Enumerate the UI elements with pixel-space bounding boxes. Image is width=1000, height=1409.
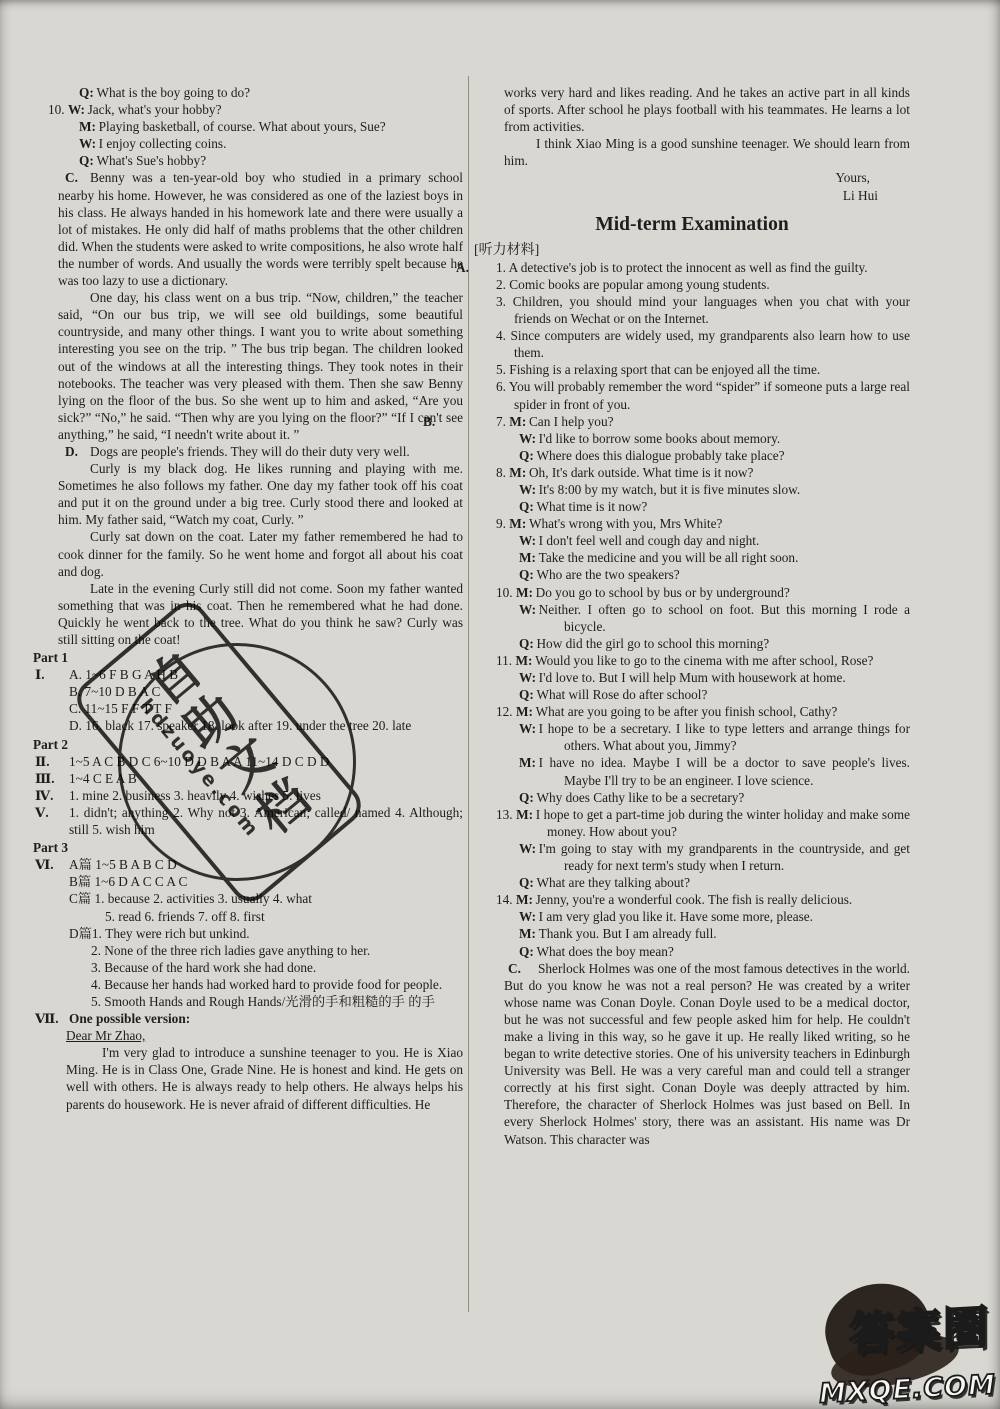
item-marker: Ⅱ.: [35, 753, 50, 770]
text-content: 2. None of the three rich ladies gave an…: [91, 943, 370, 958]
text-content: I'd like to borrow some books about memo…: [539, 431, 781, 446]
item-number: 1.: [496, 260, 509, 275]
listening-item: 6. You will probably remember the word “…: [474, 378, 910, 412]
text-content: I hope to be a secretary. I like to type…: [539, 721, 910, 753]
dialog-line: W: I'd like to borrow some books about m…: [474, 430, 910, 447]
text-content: Where does this dialogue probably take p…: [536, 448, 784, 463]
text-content: Who are the two speakers?: [536, 567, 679, 582]
passage-d-para: Late in the evening Curly still did not …: [33, 580, 463, 648]
text-content: How did the girl go to school this morni…: [536, 636, 769, 651]
listening-item: 3. Children, you should mind your langua…: [474, 293, 910, 327]
text-content: D. 16. black 17. speaker 18. look after …: [69, 718, 411, 733]
text-content: I hope to get a part-time job during the…: [536, 807, 910, 839]
dialog-line: Q: How did the girl go to school this mo…: [474, 635, 910, 652]
item-marker: Ⅰ.: [35, 666, 45, 683]
text-content: Oh, It's dark outside. What time is it n…: [529, 465, 753, 480]
text-content: Part 2: [33, 737, 68, 752]
speaker-label: M:: [516, 892, 536, 907]
text-content: I'm very glad to introduce a sunshine te…: [66, 1045, 463, 1111]
answer-line: B. 7~10 D B A C: [33, 683, 463, 700]
dialog-line: 9. M: What's wrong with you, Mrs White?: [474, 515, 910, 532]
item-number: 7.: [496, 414, 509, 429]
left-column: Q: What is the boy going to do?10. W: Ja…: [33, 84, 463, 1113]
text-content: It's 8:00 by my watch, but it is five mi…: [539, 482, 801, 497]
text-content: I don't feel well and cough day and nigh…: [539, 533, 760, 548]
dialog-line: 14. M: Jenny, you're a wonderful cook. T…: [474, 891, 910, 908]
logo-site-text: MXQE.COM: [818, 1371, 996, 1407]
text-content: C篇 1. because 2. activities 3. usually 4…: [69, 891, 312, 906]
text-content: Do you go to school by bus or by undergr…: [536, 585, 790, 600]
text-content: I'm going to stay with my grandparents i…: [539, 841, 910, 873]
speaker-label: M:: [519, 550, 539, 565]
text-content: [听力材料]: [474, 243, 539, 258]
speaker-label: W:: [79, 136, 99, 151]
answer-line: 5. read 6. friends 7. off 8. first: [33, 908, 463, 925]
text-content: Fishing is a relaxing sport that can be …: [509, 362, 820, 377]
item-marker: Ⅵ.: [35, 856, 54, 873]
text-content: What does the boy mean?: [536, 944, 673, 959]
dialog-line: 13. M: I hope to get a part-time job dur…: [474, 806, 910, 840]
text-content: What is the boy going to do?: [96, 85, 250, 100]
item-marker: D.: [33, 443, 78, 460]
text-content: 1~5 A C B D C 6~10 D D B A A 11~14 D C D…: [69, 754, 329, 769]
dialog-line: W: I hope to be a secretary. I like to t…: [474, 720, 910, 754]
listening-item: A.1. A detective's job is to protect the…: [474, 259, 910, 276]
speaker-label: W:: [519, 482, 539, 497]
text-content: Dogs are people's friends. They will do …: [90, 444, 410, 459]
speaker-label: M:: [509, 465, 529, 480]
dialog-line: 8. M: Oh, It's dark outside. What time i…: [474, 464, 910, 481]
text-content: Jenny, you're a wonderful cook. The fish…: [536, 892, 853, 907]
text-content: Benny was a ten-year-old boy who studied…: [58, 170, 463, 288]
item-number: 8.: [496, 465, 509, 480]
passage-c-listening: C.Sherlock Holmes was one of the most fa…: [474, 960, 910, 1148]
speaker-label: Q:: [519, 636, 536, 651]
text-content: 3. Because of the hard work she had done…: [91, 960, 316, 975]
listening-item: 2. Comic books are popular among young s…: [474, 276, 910, 293]
item-marker: Ⅶ.: [35, 1010, 59, 1027]
part-heading: Part 2: [33, 736, 463, 753]
item-number: 10.: [496, 585, 516, 600]
answer-line: C. 11~15 F F T T F: [33, 700, 463, 717]
dialog-line: Q: What's Sue's hobby?: [33, 152, 463, 169]
speaker-label: Q:: [519, 790, 536, 805]
speaker-label: M:: [516, 807, 536, 822]
dialog-line: B.7. M: Can I help you?: [474, 413, 910, 430]
text-content: B篇 1~6 D A C C A C: [69, 874, 187, 889]
dialog-line: Q: What is the boy going to do?: [33, 84, 463, 101]
letter-salutation: Dear Mr Zhao,: [33, 1027, 463, 1044]
answer-line: D. 16. black 17. speaker 18. look after …: [33, 717, 463, 734]
dialog-line: W: I am very glad you like it. Have some…: [474, 908, 910, 925]
answer-line: 3. Because of the hard work she had done…: [33, 959, 463, 976]
item-marker: Ⅳ.: [35, 787, 53, 804]
text-content: I think Xiao Ming is a good sunshine tee…: [504, 136, 910, 168]
speaker-label: W:: [519, 670, 539, 685]
answer-line: Ⅴ.1. didn't; anything 2. Why not 3. Amer…: [33, 804, 463, 838]
writing-answer-heading: Ⅶ.One possible version:: [33, 1010, 463, 1027]
text-content: Late in the evening Curly still did not …: [58, 581, 463, 647]
logo-brand-text: 答案圈: [849, 1304, 990, 1356]
text-content: Dear Mr Zhao,: [66, 1028, 145, 1043]
right-column: works very hard and likes reading. And h…: [474, 84, 910, 1148]
speaker-label: M:: [519, 926, 539, 941]
text-content: What will Rose do after school?: [536, 687, 707, 702]
text-content: Children, you should mind your languages…: [513, 294, 910, 326]
letter-signature: Li Hui: [474, 187, 910, 204]
section-title: Mid-term Examination: [474, 213, 910, 237]
speaker-label: M:: [79, 119, 99, 134]
text-content: Yours,: [836, 170, 871, 185]
answer-site-logo: 答案圈 MXQE.COM: [750, 1300, 1000, 1405]
answer-line: B篇 1~6 D A C C A C: [33, 873, 463, 890]
dialog-line: 10. M: Do you go to school by bus or by …: [474, 584, 910, 601]
dialog-line: M: I have no idea. Maybe I will be a doc…: [474, 754, 910, 788]
text-content: 4. Because her hands had worked hard to …: [91, 977, 442, 992]
item-marker: C.: [474, 960, 521, 977]
text-content: I enjoy collecting coins.: [99, 136, 227, 151]
dialog-line: Q: What does the boy mean?: [474, 943, 910, 960]
passage-d-para: Curly sat down on the coat. Later my fat…: [33, 528, 463, 579]
text-content: Curly sat down on the coat. Later my fat…: [58, 529, 463, 578]
dialog-line: W: It's 8:00 by my watch, but it is five…: [474, 481, 910, 498]
listening-item: 4. Since computers are widely used, my g…: [474, 327, 910, 361]
dialog-line: W: I'm going to stay with my grandparent…: [474, 840, 910, 874]
answer-line: 5. Smooth Hands and Rough Hands/光滑的手和粗糙的…: [33, 993, 463, 1010]
speaker-label: W:: [519, 841, 539, 856]
dialog-line: Q: What time is it now?: [474, 498, 910, 515]
listening-material-label: [听力材料]: [474, 242, 910, 259]
speaker-label: M:: [516, 585, 536, 600]
dialog-line: Q: Who are the two speakers?: [474, 566, 910, 583]
letter-body-continued: works very hard and likes reading. And h…: [474, 84, 910, 135]
letter-closing: Yours,: [474, 169, 910, 186]
item-number: 14.: [496, 892, 516, 907]
text-content: I have no idea. Maybe I will be a doctor…: [539, 755, 910, 787]
dialog-line: 11. M: Would you like to go to the cinem…: [474, 652, 910, 669]
text-content: Curly is my black dog. He likes running …: [58, 461, 463, 527]
speaker-label: W:: [519, 533, 539, 548]
item-number: 13.: [496, 807, 516, 822]
item-number: 11.: [496, 653, 515, 668]
text-content: What's Sue's hobby?: [96, 153, 206, 168]
text-content: A detective's job is to protect the inno…: [509, 260, 868, 275]
item-number: 10.: [48, 102, 68, 117]
speaker-label: W:: [519, 602, 539, 617]
speaker-label: Q:: [519, 687, 536, 702]
part-heading: Part 3: [33, 839, 463, 856]
speaker-label: W:: [519, 721, 539, 736]
speaker-label: Q:: [519, 875, 536, 890]
dialog-line: W: I don't feel well and cough day and n…: [474, 532, 910, 549]
answer-line: Ⅵ.A篇 1~5 B A B C D: [33, 856, 463, 873]
item-marker: Ⅲ.: [35, 770, 55, 787]
text-content: A篇 1~5 B A B C D: [69, 857, 177, 872]
text-content: What are they talking about?: [536, 875, 690, 890]
text-content: Thank you. But I am already full.: [539, 926, 717, 941]
speaker-label: M:: [509, 516, 529, 531]
text-content: C. 11~15 F F T T F: [69, 701, 172, 716]
text-content: Can I help you?: [529, 414, 614, 429]
scanned-answer-page: Q: What is the boy going to do?10. W: Ja…: [0, 0, 1000, 1409]
text-content: Part 1: [33, 650, 68, 665]
answer-line: 4. Because her hands had worked hard to …: [33, 976, 463, 993]
text-content: Would you like to go to the cinema with …: [535, 653, 873, 668]
answer-line: Ⅱ.1~5 A C B D C 6~10 D D B A A 11~14 D C…: [33, 753, 463, 770]
text-content: You will probably remember the word “spi…: [509, 379, 910, 411]
text-content: What's wrong with you, Mrs White?: [529, 516, 722, 531]
answer-line: C篇 1. because 2. activities 3. usually 4…: [33, 890, 463, 907]
item-number: 9.: [496, 516, 509, 531]
passage-d: D.Dogs are people's friends. They will d…: [33, 443, 463, 460]
dialog-line: W: Neither. I often go to school on foot…: [474, 601, 910, 635]
text-content: 5. Smooth Hands and Rough Hands/光滑的手和粗糙的…: [91, 994, 435, 1009]
text-content: B. 7~10 D B A C: [69, 684, 160, 699]
letter-body: I'm very glad to introduce a sunshine te…: [33, 1044, 463, 1112]
passage-d-para: Curly is my black dog. He likes running …: [33, 460, 463, 528]
dialog-line: Q: What will Rose do after school?: [474, 686, 910, 703]
text-content: 1~4 C E A B: [69, 771, 137, 786]
answer-line: Ⅰ.A. 1~6 F B G A H B: [33, 666, 463, 683]
speaker-label: M:: [509, 414, 529, 429]
item-number: 12.: [496, 704, 516, 719]
text-content: 1. didn't; anything 2. Why not 3. Americ…: [69, 805, 463, 837]
speaker-label: Q:: [79, 153, 96, 168]
item-number: 2.: [496, 277, 509, 292]
text-content: Take the medicine and you will be all ri…: [539, 550, 799, 565]
dialog-line: W: I'd love to. But I will help Mum with…: [474, 669, 910, 686]
text-content: Part 3: [33, 840, 68, 855]
text-content: Playing basketball, of course. What abou…: [99, 119, 386, 134]
text-content: 1. mine 2. business 3. heavily 4. wishes…: [69, 788, 321, 803]
passage-c: C.Benny was a ten-year-old boy who studi…: [33, 169, 463, 289]
speaker-label: M:: [516, 704, 536, 719]
item-number: 3.: [496, 294, 513, 309]
dialog-line: M: Thank you. But I am already full.: [474, 925, 910, 942]
answer-line: D篇1. They were rich but unkind.: [33, 925, 463, 942]
text-content: I'd love to. But I will help Mum with ho…: [539, 670, 846, 685]
speaker-label: W:: [68, 102, 88, 117]
item-marker: Ⅴ.: [35, 804, 49, 821]
passage-c-para: One day, his class went on a bus trip. “…: [33, 289, 463, 443]
text-content: What time is it now?: [536, 499, 647, 514]
dialog-line: 12. M: What are you going to be after yo…: [474, 703, 910, 720]
part-heading: Part 1: [33, 649, 463, 666]
text-content: Comic books are popular among young stud…: [509, 277, 769, 292]
dialog-line: Q: What are they talking about?: [474, 874, 910, 891]
text-content: A. 1~6 F B G A H B: [69, 667, 178, 682]
speaker-label: Q:: [519, 944, 536, 959]
text-content: works very hard and likes reading. And h…: [504, 85, 910, 134]
item-number: 5.: [496, 362, 509, 377]
answer-line: Ⅳ.1. mine 2. business 3. heavily 4. wish…: [33, 787, 463, 804]
dialog-line: Q: Why does Cathy like to be a secretary…: [474, 789, 910, 806]
text-content: Why does Cathy like to be a secretary?: [536, 790, 744, 805]
dialog-line: M: Playing basketball, of course. What a…: [33, 118, 463, 135]
listening-item: 5. Fishing is a relaxing sport that can …: [474, 361, 910, 378]
speaker-label: M:: [515, 653, 535, 668]
text-content: Mid-term Examination: [595, 214, 788, 235]
answer-line: 2. None of the three rich ladies gave an…: [33, 942, 463, 959]
answer-line: Ⅲ.1~4 C E A B: [33, 770, 463, 787]
item-number: 6.: [496, 379, 509, 394]
dialog-line: W: I enjoy collecting coins.: [33, 135, 463, 152]
text-content: One possible version:: [69, 1011, 190, 1026]
speaker-label: Q:: [79, 85, 96, 100]
dialog-line: Q: Where does this dialogue probably tak…: [474, 447, 910, 464]
text-content: Neither. I often go to school on foot. B…: [539, 602, 910, 634]
item-marker: C.: [33, 169, 78, 186]
speaker-label: Q:: [519, 499, 536, 514]
text-content: Since computers are widely used, my gran…: [511, 328, 911, 360]
text-content: I am very glad you like it. Have some mo…: [539, 909, 813, 924]
text-content: One day, his class went on a bus trip. “…: [58, 290, 463, 442]
text-content: What are you going to be after you finis…: [536, 704, 838, 719]
dialog-line: 10. W: Jack, what's your hobby?: [33, 101, 463, 118]
text-content: 5. read 6. friends 7. off 8. first: [105, 909, 265, 924]
speaker-label: W:: [519, 909, 539, 924]
text-content: Sherlock Holmes was one of the most famo…: [504, 961, 910, 1147]
speaker-label: M:: [519, 755, 539, 770]
speaker-label: Q:: [519, 567, 536, 582]
speaker-label: W:: [519, 431, 539, 446]
text-content: D篇1. They were rich but unkind.: [69, 926, 250, 941]
dialog-line: M: Take the medicine and you will be all…: [474, 549, 910, 566]
item-number: 4.: [496, 328, 511, 343]
letter-body: I think Xiao Ming is a good sunshine tee…: [474, 135, 910, 169]
text-content: Li Hui: [843, 188, 878, 203]
text-content: Jack, what's your hobby?: [88, 102, 222, 117]
speaker-label: Q:: [519, 448, 536, 463]
